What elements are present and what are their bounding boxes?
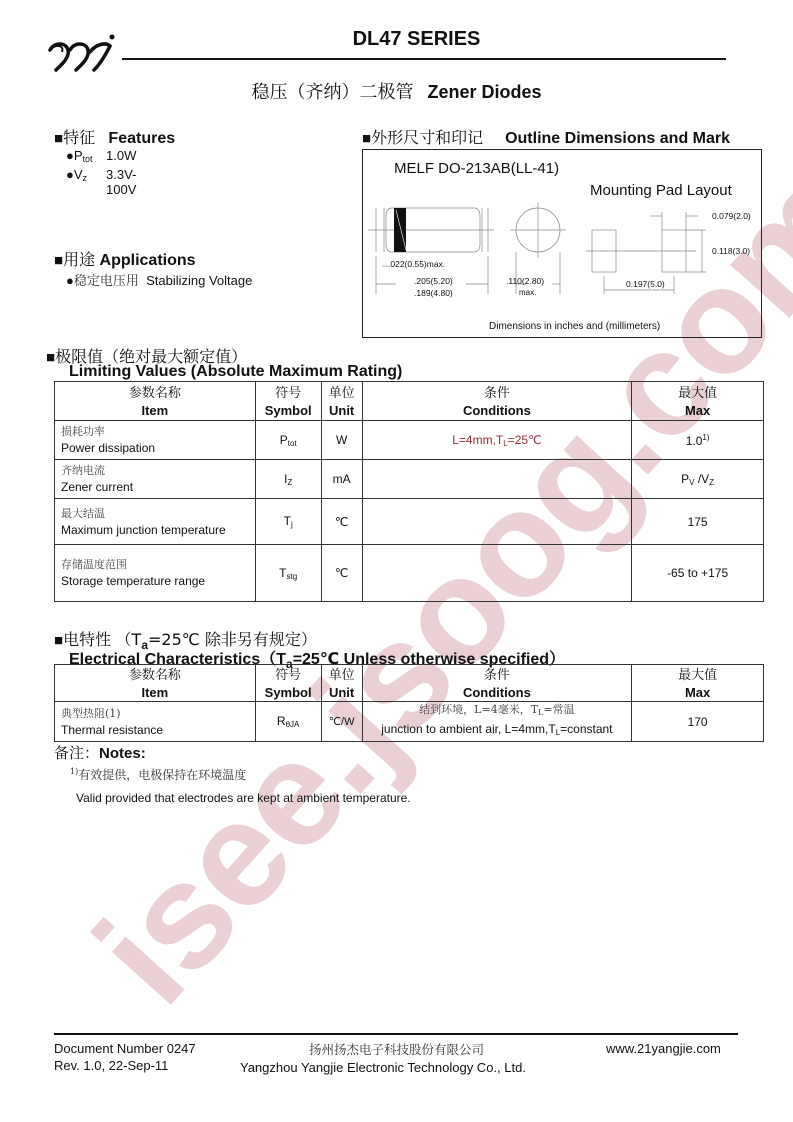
square-bullet-icon: ■ <box>54 130 63 147</box>
applications-heading-cn: 用途 <box>63 250 95 269</box>
bullet-icon: ● <box>66 148 74 163</box>
subtitle-en: Zener Diodes <box>427 82 541 102</box>
dim-diameter: .110(2.80) <box>506 276 544 286</box>
dim-length-max: .205(5.20) <box>414 276 453 286</box>
column-header-unit: 单位Unit <box>321 382 362 421</box>
outline-heading-en: Outline Dimensions and Mark <box>505 130 730 147</box>
dim-band: .022(0.55)max. <box>388 259 445 269</box>
website-link[interactable]: www.21yangjie.com <box>606 1041 721 1056</box>
features-heading-en: Features <box>108 130 175 147</box>
electrical-characteristics-table: 参数名称Item 符号Symbol 单位Unit 条件Conditions 最大… <box>54 664 764 742</box>
table-row: 最大结温Maximum junction temperature Tj ℃ 17… <box>55 499 764 545</box>
dimensions-note: Dimensions in inches and (millimeters) <box>489 321 660 332</box>
column-header-symbol: 符号Symbol <box>255 665 321 702</box>
company-name-en: Yangzhou Yangjie Electronic Technology C… <box>240 1060 526 1075</box>
header-rule <box>122 58 726 60</box>
square-bullet-icon: ■ <box>54 252 63 269</box>
square-bullet-icon: ■ <box>54 632 63 649</box>
subtitle-cn: 稳压（齐纳）二极管 <box>251 82 413 103</box>
note-cn: 1)有效提供，电极保持在环境温度 <box>70 766 246 783</box>
table-header-row: 参数名称Item 符号Symbol 单位Unit 条件Conditions 最大… <box>55 665 764 702</box>
bullet-icon: ● <box>66 273 74 288</box>
notes-heading: 备注：Notes: <box>54 742 146 763</box>
applications-heading: ■用途 Applications <box>54 247 196 270</box>
column-header-item: 参数名称Item <box>55 665 256 702</box>
application-item: ●稳定电压用 Stabilizing Voltage <box>66 270 252 289</box>
dim-pad-width: 0.079(2.0) <box>712 211 751 221</box>
table-row: 存储温度范围Storage temperature range Tstg ℃ -… <box>55 545 764 602</box>
note-en: Valid provided that electrodes are kept … <box>76 791 411 805</box>
package-label: MELF DO-213AB(LL-41) <box>394 160 559 177</box>
column-header-item: 参数名称Item <box>55 382 256 421</box>
column-header-conditions: 条件Conditions <box>362 382 632 421</box>
feature-value: 1.0W <box>106 148 136 163</box>
table-row: 典型热阻(1)Thermal resistance RθJA ℃/W 结到环境，… <box>55 702 764 742</box>
feature-value: 3.3V-100V <box>106 167 136 197</box>
feature-item: ●Ptot 1.0W <box>66 148 93 164</box>
applications-heading-en: Applications <box>100 252 196 269</box>
document-title: DL47 SERIES <box>0 28 793 51</box>
table-row: 损耗功率Power dissipation Ptot W L=4mm,TL=25… <box>55 421 764 460</box>
square-bullet-icon: ■ <box>362 130 371 147</box>
limiting-values-table: 参数名称Item 符号Symbol 单位Unit 条件Conditions 最大… <box>54 381 764 602</box>
table-row: 齐纳电流Zener current IZ mA PV /VZ <box>55 460 764 499</box>
square-bullet-icon: ■ <box>46 349 55 366</box>
features-heading: ■特征 Features <box>54 125 175 148</box>
footer-rule <box>54 1033 738 1035</box>
column-header-symbol: 符号Symbol <box>255 382 321 421</box>
column-header-max: 最大值Max <box>632 665 764 702</box>
bullet-icon: ● <box>66 167 74 182</box>
table-header-row: 参数名称Item 符号Symbol 单位Unit 条件Conditions 最大… <box>55 382 764 421</box>
feature-item: ●Vz 3.3V-100V <box>66 167 87 183</box>
features-heading-cn: 特征 <box>63 128 95 147</box>
column-header-max: 最大值Max <box>632 382 764 421</box>
dim-pad-pitch: 0.197(5.0) <box>626 279 665 289</box>
column-header-unit: 单位Unit <box>321 665 362 702</box>
column-header-conditions: 条件Conditions <box>362 665 632 702</box>
dim-length-min: .189(4.80) <box>414 288 453 298</box>
outline-heading: ■外形尺寸和印记Outline Dimensions and Mark <box>362 125 730 148</box>
revision: Rev. 1.0, 22-Sep-11 <box>54 1058 168 1073</box>
dim-diameter-note: max. <box>519 288 536 297</box>
outline-heading-cn: 外形尺寸和印记 <box>371 128 483 147</box>
dim-pad-height: 0.118(3.0) <box>712 246 750 256</box>
document-subtitle: 稳压（齐纳）二极管Zener Diodes <box>0 78 793 104</box>
limiting-heading-en: Limiting Values (Absolute Maximum Rating… <box>69 363 402 381</box>
